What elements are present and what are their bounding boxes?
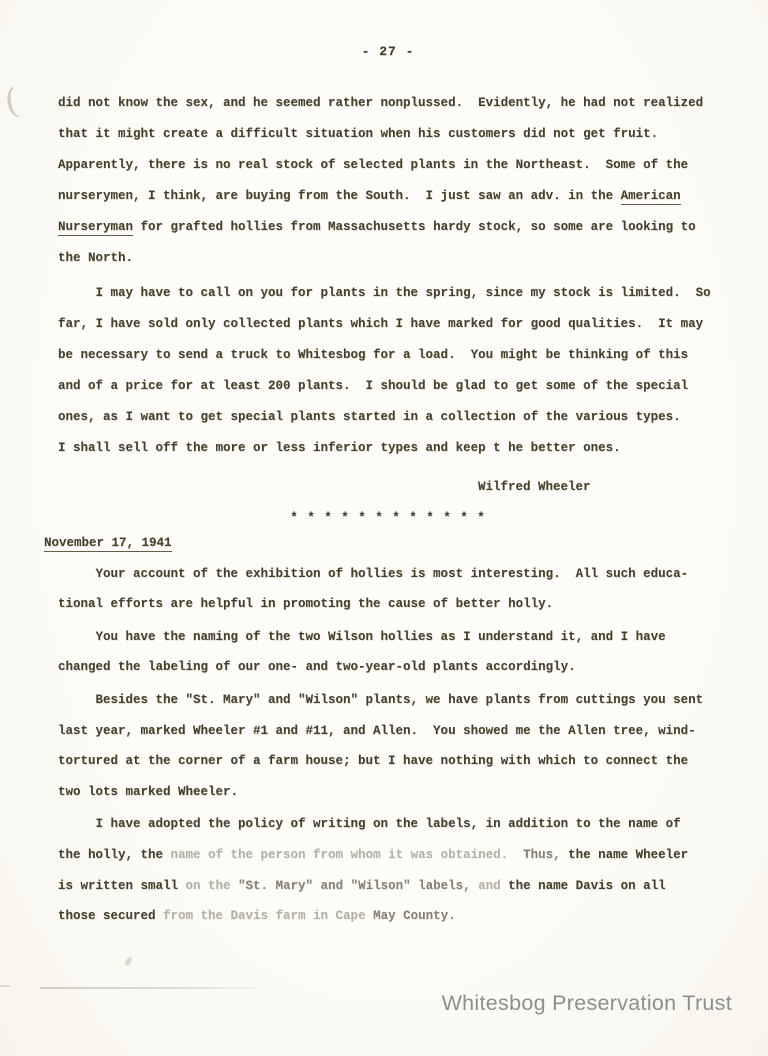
text-line: ones, as I want to get special plants st… (58, 402, 748, 433)
text-line: two lots marked Wheeler. (58, 777, 748, 808)
paragraph: Besides the "St. Mary" and "Wilson" plan… (58, 685, 748, 807)
text-segment: is written small (58, 879, 186, 893)
text-line: far, I have sold only collected plants w… (58, 309, 748, 340)
paragraph: did not know the sex, and he seemed rath… (58, 88, 748, 274)
text-segment: ones, as I want to get special plants st… (58, 410, 681, 424)
watermark: Whitesbog Preservation Trust (442, 991, 732, 1016)
text-segment: Besides the "St. Mary" and "Wilson" plan… (58, 693, 703, 707)
text-segment: be necessary to send a truck to Whitesbo… (58, 348, 688, 362)
pen-mark: ( (2, 81, 22, 123)
text-line: and of a price for at least 200 plants. … (58, 371, 748, 402)
date-heading: November 17, 1941 (44, 536, 172, 552)
text-segment: Apparently, there is no real stock of se… (58, 158, 688, 172)
text-segment: the name Davis on all (508, 879, 666, 893)
text-line: Your account of the exhibition of hollie… (58, 559, 748, 590)
text-line: is written small on the "St. Mary" and "… (58, 871, 748, 902)
text-segment: did not know the sex, and he seemed rath… (58, 96, 703, 110)
text-segment: I shall sell off the more or less inferi… (58, 441, 621, 455)
text-segment: I have adopted the policy of writing on … (58, 817, 681, 831)
text-line: I have adopted the policy of writing on … (58, 809, 748, 840)
text-line: I shall sell off the more or less inferi… (58, 433, 748, 464)
smudge-mark (124, 956, 133, 966)
signature: Wilfred Wheeler (58, 472, 748, 503)
text-segment: those secured (58, 909, 163, 923)
text-segment: and of a price for at least 200 plants. … (58, 379, 688, 393)
text-segment: the North. (58, 251, 133, 265)
text-segment: two lots marked Wheeler. (58, 785, 238, 799)
text-segment: I may have to call on you for plants in … (58, 286, 711, 300)
text-line: tortured at the corner of a farm house; … (58, 746, 748, 777)
paragraph: I have adopted the policy of writing on … (58, 809, 748, 931)
text-line: the holly, the name of the person from w… (58, 840, 748, 871)
text-line: I may have to call on you for plants in … (58, 278, 748, 309)
text-segment: the name Wheeler (568, 848, 688, 862)
scan-artifact-line (40, 987, 255, 989)
text-segment: name of the person from whom it was obta… (171, 848, 524, 862)
letter2-paragraphs: Your account of the exhibition of hollie… (58, 559, 748, 932)
paragraph: You have the naming of the two Wilson ho… (58, 622, 748, 683)
text-segment: You have the naming of the two Wilson ho… (58, 630, 666, 644)
underlined-text: American (621, 189, 681, 205)
text-line: the North. (58, 243, 748, 274)
underlined-text: Nurseryman (58, 220, 133, 236)
text-line: that it might create a difficult situati… (58, 119, 748, 150)
text-segment: and (478, 879, 508, 893)
scan-artifact-edge (0, 985, 10, 987)
text-line: tional efforts are helpful in promoting … (58, 589, 748, 620)
text-segment: changed the labeling of our one- and two… (58, 660, 576, 674)
paragraph: Your account of the exhibition of hollie… (58, 559, 748, 620)
text-segment: that it might create a difficult situati… (58, 127, 658, 141)
text-segment: May County. (373, 909, 456, 923)
text-segment: tional efforts are helpful in promoting … (58, 597, 553, 611)
text-segment: from the Davis farm in Cape (163, 909, 373, 923)
text-segment: "St. Mary" and "Wilson" labels, (238, 879, 478, 893)
letter-body: did not know the sex, and he seemed rath… (58, 88, 748, 932)
text-segment: tortured at the corner of a farm house; … (58, 754, 688, 768)
text-line: those secured from the Davis farm in Cap… (58, 901, 748, 932)
text-line: nurserymen, I think, are buying from the… (58, 181, 748, 212)
text-segment: Thus, (523, 848, 568, 862)
text-segment: for grafted hollies from Massachusetts h… (133, 220, 696, 234)
text-line: last year, marked Wheeler #1 and #11, an… (58, 716, 748, 747)
text-line: Nurseryman for grafted hollies from Mass… (58, 212, 748, 243)
paragraph: I may have to call on you for plants in … (58, 278, 748, 464)
text-line: You have the naming of the two Wilson ho… (58, 622, 748, 653)
text-segment: on the (186, 879, 239, 893)
text-segment: nurserymen, I think, are buying from the… (58, 189, 621, 203)
letter1-paragraphs: did not know the sex, and he seemed rath… (58, 88, 748, 464)
text-segment: the holly, the (58, 848, 171, 862)
text-line: changed the labeling of our one- and two… (58, 652, 748, 683)
text-line: Apparently, there is no real stock of se… (58, 150, 748, 181)
text-segment: far, I have sold only collected plants w… (58, 317, 703, 331)
text-line: did not know the sex, and he seemed rath… (58, 88, 748, 119)
page-number: - 27 - (58, 44, 718, 59)
text-segment: Your account of the exhibition of hollie… (58, 567, 688, 581)
text-line: be necessary to send a truck to Whitesbo… (58, 340, 748, 371)
text-segment: last year, marked Wheeler #1 and #11, an… (58, 724, 696, 738)
scanned-letter-page: ( - 27 - did not know the sex, and he se… (0, 0, 768, 1056)
text-line: Besides the "St. Mary" and "Wilson" plan… (58, 685, 748, 716)
